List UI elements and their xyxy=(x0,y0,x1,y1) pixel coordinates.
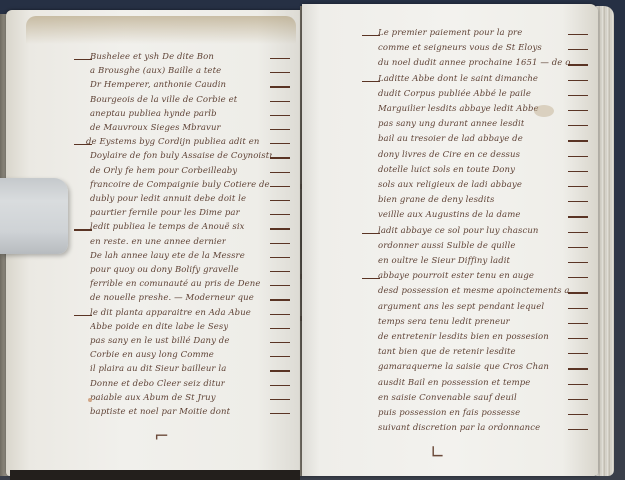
handwritten-line: Le premier paiement pour la pre xyxy=(378,28,592,38)
handwritten-line: pas sany en le ust billé Dany de xyxy=(90,336,294,346)
handwritten-line: Corbie en ausy long Comme xyxy=(90,350,294,360)
handwritten-line: Doylaire de fon buly Assaise de Coynoist… xyxy=(90,151,294,161)
line-filler-dash xyxy=(270,342,290,343)
handwritten-line: suivant discretion par la ordonnance xyxy=(378,423,592,433)
handwritten-text: ladit abbaye ce sol pour luy chascun xyxy=(378,226,538,236)
handwritten-text: francoire de Compaignie buly Cotiere de xyxy=(90,180,270,190)
handwritten-text: Le premier paiement pour la pre xyxy=(378,28,522,38)
water-stain xyxy=(26,16,296,44)
handwritten-line: sols aux religieux de ladi abbaye xyxy=(378,180,592,190)
handwritten-text: argument ans les sept pendant lequel xyxy=(378,302,544,312)
line-filler-dash xyxy=(568,338,588,339)
line-filler-dash xyxy=(568,125,588,126)
handwritten-text: De lah annee lauy ete de la Messre xyxy=(90,251,245,261)
handwritten-text: puis possession en fais possesse xyxy=(378,408,520,418)
handwritten-text: du noel dudit annee prochaine 1651 — de … xyxy=(378,58,570,68)
line-filler-dash xyxy=(568,49,588,50)
line-filler-dash xyxy=(568,262,588,263)
line-filler-dash xyxy=(270,157,290,158)
line-filler-dash xyxy=(568,277,588,278)
handwritten-text: dudit Corpus publiée Abbé le paile xyxy=(378,89,531,99)
handwritten-text: de Eystems byg Cordijn publiea adit en xyxy=(86,137,259,147)
foxing-spot xyxy=(88,398,92,402)
handwritten-text: Dr Hemperer, anthonie Caudin xyxy=(90,80,226,90)
handwritten-text: Corbie en ausy long Comme xyxy=(90,350,214,360)
handwritten-text: Marguilier lesdits abbaye ledit Abbe xyxy=(378,104,539,114)
handwritten-line: temps sera tenu ledit preneur xyxy=(378,317,592,327)
handwritten-line: Donne et debo Cleer seiz ditur xyxy=(90,379,294,389)
handwritten-text: a Brousghe (aux) Baille a tete xyxy=(90,66,221,76)
handwritten-line: Laditte Abbe dont le saint dimanche xyxy=(378,74,592,84)
line-filler-dash xyxy=(568,292,588,293)
handwritten-line: pour quoy ou dony Bolify gravelle xyxy=(90,265,294,275)
open-manuscript-book: Bushelee et ysh De dite Bona Brousghe (a… xyxy=(0,0,625,480)
handwritten-line: bail au tresoier de lad abbaye de xyxy=(378,134,592,144)
paragraph-lead-stroke xyxy=(362,233,380,234)
page-bottom-shadow xyxy=(10,470,300,480)
handwritten-text: le dit planta apparaitre en Ada Abue xyxy=(90,308,251,318)
handwritten-line: de Eystems byg Cordijn publiea adit en xyxy=(86,137,294,147)
line-filler-dash xyxy=(270,58,290,59)
handwritten-text: en reste. en une annee dernier xyxy=(90,237,226,247)
handwritten-line: abbaye pourroit ester tenu en auge xyxy=(378,271,592,281)
handwritten-line: veillle aux Augustins de la dame xyxy=(378,210,592,220)
handwritten-text: Abbe poide en dite labe le Sesy xyxy=(90,322,228,332)
handwritten-text: pas sany ung durant annee lesdit xyxy=(378,119,524,129)
handwritten-line: puis possession en fais possesse xyxy=(378,408,592,418)
paragraph-lead-stroke xyxy=(74,229,92,230)
line-filler-dash xyxy=(568,156,588,157)
paragraph-lead-stroke xyxy=(362,81,380,82)
handwritten-line: desd possession et mesme apoinctements a… xyxy=(378,286,592,296)
stain-spot xyxy=(534,105,554,117)
handwritten-line: Bushelee et ysh De dite Bon xyxy=(90,52,294,62)
handwritten-line: ferrible en comunauté au pris de Dene xyxy=(90,279,294,289)
line-filler-dash xyxy=(568,429,588,430)
handwritten-text: en oultre le Sieur Diffiny ladit xyxy=(378,256,510,266)
paragraph-lead-stroke xyxy=(74,315,92,316)
line-filler-dash xyxy=(270,243,290,244)
handwritten-line: paurtier fernile pour les Dime par xyxy=(90,208,294,218)
handwritten-line: ledit publiea le temps de Anouë six xyxy=(90,222,294,232)
line-filler-dash xyxy=(270,271,290,272)
handwritten-text: de nouelle preshe. — Moderneur que xyxy=(90,293,254,303)
handwritten-line: Bourgeois de la ville de Corbie et xyxy=(90,95,294,105)
ink-flourish-mark: ∟ xyxy=(430,444,445,462)
handwritten-text: tant bien que de retenir lesdite xyxy=(378,347,516,357)
handwritten-line: du noel dudit annee prochaine 1651 — de … xyxy=(378,58,592,68)
handwritten-text: de Orly fe hem pour Corbeilleaby xyxy=(90,166,237,176)
line-filler-dash xyxy=(568,171,588,172)
handwritten-line: bien grane de deny lesdits xyxy=(378,195,592,205)
handwritten-text: Laditte Abbe dont le saint dimanche xyxy=(378,74,538,84)
handwritten-text: suivant discretion par la ordonnance xyxy=(378,423,540,433)
ink-flourish-mark: ⌐ xyxy=(154,428,169,446)
handwritten-line: en oultre le Sieur Diffiny ladit xyxy=(378,256,592,266)
line-filler-dash xyxy=(270,285,290,286)
paragraph-lead-stroke xyxy=(362,278,380,279)
paragraph-lead-stroke xyxy=(362,35,380,36)
handwritten-text: il plaira au dit Sieur bailleur la xyxy=(90,364,226,374)
handwritten-line: gamaraquerne la saisie que Cros Chan xyxy=(378,362,592,372)
handwritten-line: en reste. en une annee dernier xyxy=(90,237,294,247)
line-filler-dash xyxy=(568,308,588,309)
line-filler-dash xyxy=(270,86,290,87)
handwritten-line: ausdit Bail en possession et tempe xyxy=(378,378,592,388)
line-filler-dash xyxy=(270,115,290,116)
handwritten-text: Bourgeois de la ville de Corbie et xyxy=(90,95,237,105)
handwritten-text: Bushelee et ysh De dite Bon xyxy=(90,52,214,62)
handwritten-line: De lah annee lauy ete de la Messre xyxy=(90,251,294,261)
line-filler-dash xyxy=(568,64,588,65)
handwritten-line: francoire de Compaignie buly Cotiere de xyxy=(90,180,294,190)
line-filler-dash xyxy=(270,129,290,130)
handwritten-line: argument ans les sept pendant lequel xyxy=(378,302,592,312)
handwritten-text: Donne et debo Cleer seiz ditur xyxy=(90,379,225,389)
handwritten-line: tant bien que de retenir lesdite xyxy=(378,347,592,357)
handwritten-text: aneptau publiea hynde parlb xyxy=(90,109,217,119)
handwritten-text: dubly pour ledit annuit debe doit le xyxy=(90,194,246,204)
handwritten-text: temps sera tenu ledit preneur xyxy=(378,317,510,327)
handwritten-text: ferrible en comunauté au pris de Dene xyxy=(90,279,260,289)
handwritten-text: baptiste et noel par Moitie dont xyxy=(90,407,230,417)
handwritten-line: Marguilier lesdits abbaye ledit Abbe xyxy=(378,104,592,114)
handwritten-line: dudit Corpus publiée Abbé le paile xyxy=(378,89,592,99)
handwritten-line: a Brousghe (aux) Baille a tete xyxy=(90,66,294,76)
line-filler-dash xyxy=(568,201,588,202)
handwritten-text: pour quoy ou dony Bolify gravelle xyxy=(90,265,239,275)
handwritten-line: de entretenir lesdits bien en possesion xyxy=(378,332,592,342)
handwritten-line: de Orly fe hem pour Corbeilleaby xyxy=(90,166,294,176)
handwritten-text: gamaraquerne la saisie que Cros Chan xyxy=(378,362,549,372)
handwritten-line: pas sany ung durant annee lesdit xyxy=(378,119,592,129)
line-filler-dash xyxy=(568,110,588,111)
handwritten-line: Abbe poide en dite labe le Sesy xyxy=(90,322,294,332)
line-filler-dash xyxy=(270,72,290,73)
handwritten-line: dony livres de Cire en ce dessus xyxy=(378,150,592,160)
line-filler-dash xyxy=(270,172,290,173)
handwritten-text: comme et seigneurs vous de St Eloys xyxy=(378,43,542,53)
line-filler-dash xyxy=(270,186,290,187)
line-filler-dash xyxy=(568,368,588,369)
handwritten-line: comme et seigneurs vous de St Eloys xyxy=(378,43,592,53)
handwritten-text: de Mauvroux Sieges Mbravur xyxy=(90,123,221,133)
handwritten-line: ladit abbaye ce sol pour luy chascun xyxy=(378,226,592,236)
handwritten-text: ausdit Bail en possession et tempe xyxy=(378,378,530,388)
line-filler-dash xyxy=(568,323,588,324)
line-filler-dash xyxy=(568,216,588,217)
handwritten-text: en saisie Convenable sauf deuil xyxy=(378,393,517,403)
handwritten-text: bien grane de deny lesdits xyxy=(378,195,494,205)
line-filler-dash xyxy=(270,101,290,102)
handwritten-line: Dr Hemperer, anthonie Caudin xyxy=(90,80,294,90)
line-filler-dash xyxy=(270,257,290,258)
handwritten-text: abbaye pourroit ester tenu en auge xyxy=(378,271,534,281)
handwritten-text: dotelle luict sols en toute Dony xyxy=(378,165,515,175)
line-filler-dash xyxy=(270,200,290,201)
page-stack-edge-right xyxy=(596,6,614,476)
handwritten-line: le dit planta apparaitre en Ada Abue xyxy=(90,308,294,318)
line-filler-dash xyxy=(568,353,588,354)
line-filler-dash xyxy=(568,399,588,400)
handwritten-line: en saisie Convenable sauf deuil xyxy=(378,393,592,403)
handwritten-text: pas sany en le ust billé Dany de xyxy=(90,336,229,346)
line-filler-dash xyxy=(270,356,290,357)
line-filler-dash xyxy=(568,414,588,415)
line-filler-dash xyxy=(568,247,588,248)
handwritten-line: dubly pour ledit annuit debe doit le xyxy=(90,194,294,204)
line-filler-dash xyxy=(270,314,290,315)
handwritten-line: de nouelle preshe. — Moderneur que xyxy=(90,293,294,303)
handwritten-text: dony livres de Cire en ce dessus xyxy=(378,150,520,160)
line-filler-dash xyxy=(568,140,588,141)
line-filler-dash xyxy=(568,384,588,385)
line-filler-dash xyxy=(270,228,290,229)
paragraph-lead-stroke xyxy=(74,144,92,145)
handwritten-text: de entretenir lesdits bien en possesion xyxy=(378,332,549,342)
protective-tissue-paper xyxy=(0,178,68,254)
line-filler-dash xyxy=(568,232,588,233)
handwritten-text: ledit publiea le temps de Anouë six xyxy=(90,222,245,232)
handwritten-line: aneptau publiea hynde parlb xyxy=(90,109,294,119)
line-filler-dash xyxy=(568,34,588,35)
handwritten-line: paiable aux Abum de St Jruy xyxy=(90,393,294,403)
handwritten-text: veillle aux Augustins de la dame xyxy=(378,210,521,220)
line-filler-dash xyxy=(568,95,588,96)
line-filler-dash xyxy=(568,186,588,187)
line-filler-dash xyxy=(270,214,290,215)
handwritten-text: Doylaire de fon buly Assaise de Coynoist… xyxy=(90,151,272,161)
right-page: Le premier paiement pour la precomme et … xyxy=(302,4,598,476)
handwritten-text: paurtier fernile pour les Dime par xyxy=(90,208,240,218)
line-filler-dash xyxy=(270,413,290,414)
handwritten-text: bail au tresoier de lad abbaye de xyxy=(378,134,523,144)
handwritten-text: ordonner aussi Sulble de quille xyxy=(378,241,515,251)
handwritten-line: dotelle luict sols en toute Dony xyxy=(378,165,592,175)
line-filler-dash xyxy=(568,80,588,81)
handwritten-line: ordonner aussi Sulble de quille xyxy=(378,241,592,251)
line-filler-dash xyxy=(270,385,290,386)
handwritten-text: sols aux religieux de ladi abbaye xyxy=(378,180,522,190)
line-filler-dash xyxy=(270,328,290,329)
line-filler-dash xyxy=(270,143,290,144)
handwritten-text: desd possession et mesme apoinctements a… xyxy=(378,286,570,296)
line-filler-dash xyxy=(270,299,290,300)
handwritten-line: baptiste et noel par Moitie dont xyxy=(90,407,294,417)
handwritten-line: il plaira au dit Sieur bailleur la xyxy=(90,364,294,374)
paragraph-lead-stroke xyxy=(74,59,92,60)
line-filler-dash xyxy=(270,370,290,371)
handwritten-text: paiable aux Abum de St Jruy xyxy=(90,393,216,403)
handwritten-line: de Mauvroux Sieges Mbravur xyxy=(90,123,294,133)
line-filler-dash xyxy=(270,399,290,400)
